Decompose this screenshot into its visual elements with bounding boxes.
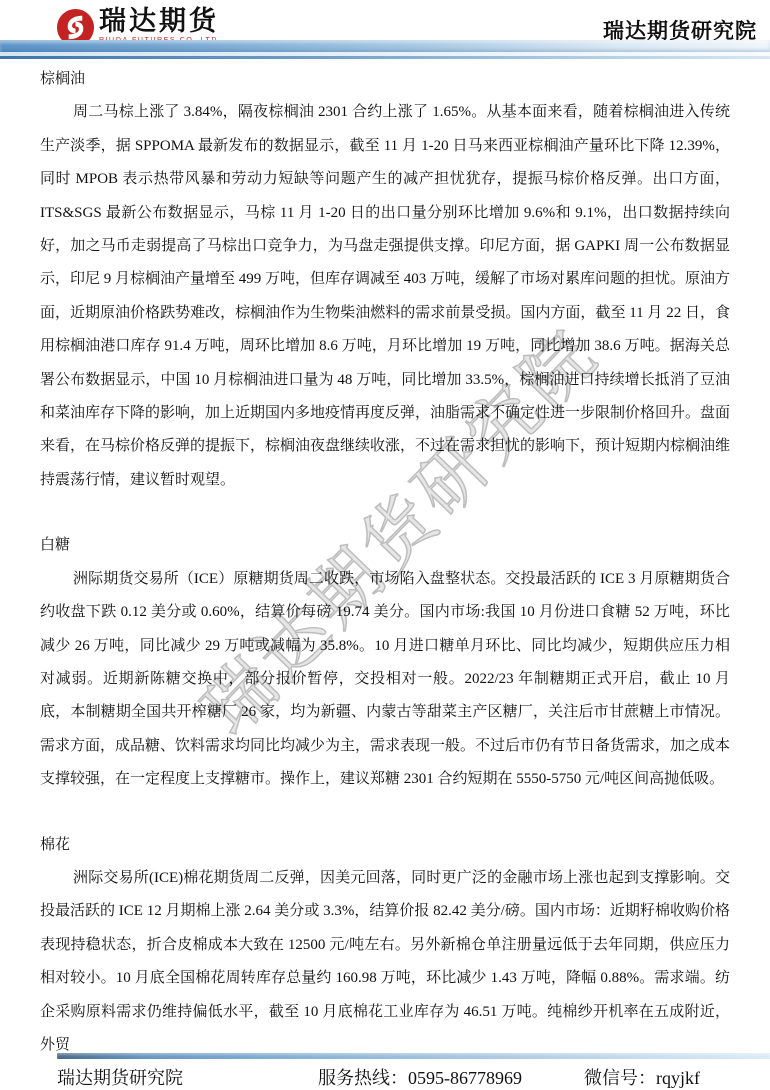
section-heading: 棕榈油 <box>40 63 730 96</box>
footer-org: 瑞达期货研究院 <box>57 1064 183 1090</box>
section-paragraph: 洲际期货交易所（ICE）原糖期货周二收跌，市场陷入盘整状态。交投最活跃的 ICE… <box>40 563 730 797</box>
section-paragraph: 洲际交易所(ICE)棉花期货周二反弹，因美元回落，同时更广泛的金融市场上涨也起到… <box>40 862 730 1062</box>
section-white-sugar: 白糖 洲际期货交易所（ICE）原糖期货周二收跌，市场陷入盘整状态。交投最活跃的 … <box>40 529 730 796</box>
page-footer: 瑞达期货研究院 服务热线：0595-86778969 微信号：rqyjkf <box>0 1062 770 1088</box>
footer-hotline: 服务热线：0595-86778969 <box>318 1064 522 1090</box>
footer-wechat: 微信号：rqyjkf <box>584 1064 700 1090</box>
section-palm-oil: 棕榈油 周二马棕上涨了 3.84%，隔夜棕榈油 2301 合约上涨了 1.65%… <box>40 63 730 497</box>
section-heading: 白糖 <box>40 529 730 562</box>
header-divider <box>0 40 770 59</box>
brand-name-cn: 瑞达期货 <box>99 6 222 36</box>
header-divider-band <box>0 40 770 52</box>
report-body: 棕榈油 周二马棕上涨了 3.84%，隔夜棕榈油 2301 合约上涨了 1.65%… <box>40 63 730 1062</box>
section-heading: 棉花 <box>40 829 730 862</box>
section-paragraph: 周二马棕上涨了 3.84%，隔夜棕榈油 2301 合约上涨了 1.65%。从基本… <box>40 96 730 497</box>
header-divider-underline <box>0 56 770 59</box>
section-cotton: 棉花 洲际交易所(ICE)棉花期货周二反弹，因美元回落，同时更广泛的金融市场上涨… <box>40 829 730 1063</box>
